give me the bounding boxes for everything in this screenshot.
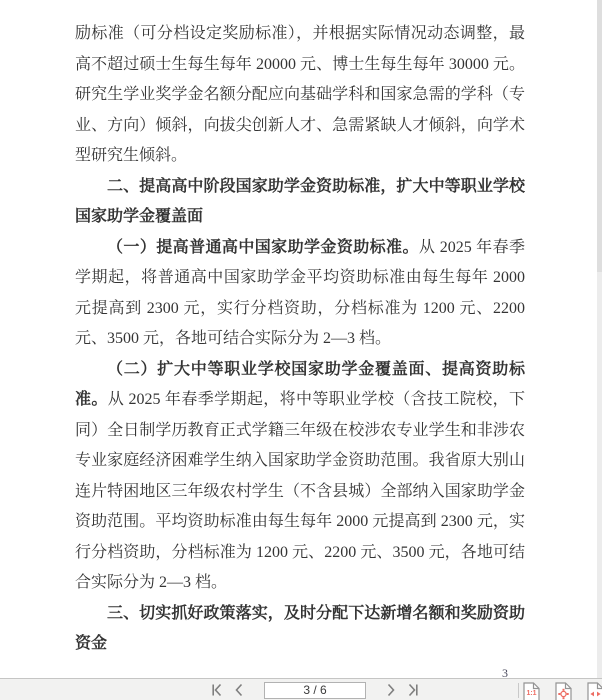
next-page-button[interactable] bbox=[380, 680, 402, 700]
paragraph: 励标准（可分档设定奖励标准），并根据实际情况动态调整，最高不超过硕士生每生每年 … bbox=[75, 19, 525, 172]
document-page: 励标准（可分档设定奖励标准），并根据实际情况动态调整，最高不超过硕士生每生每年 … bbox=[0, 0, 597, 678]
text-run: 励标准（可分档设定奖励标准），并根据实际情况动态调整，最高不超过硕士生每生每年 … bbox=[75, 25, 525, 164]
toolbar-separator bbox=[518, 683, 519, 698]
page-indicator-input[interactable] bbox=[264, 682, 366, 699]
text-run: 从 2025 年春季学期起，将中等职业学校（含技工院校，下同）全日制学历教育正式… bbox=[75, 391, 525, 591]
text-run: 二、提高高中阶段国家助学金资助标准，扩大中等职业学校国家助学金覆盖面 bbox=[75, 178, 525, 226]
text-run: 三、切实抓好政策落实，及时分配下达新增名额和奖励资助资金 bbox=[75, 605, 525, 653]
chevron-bar-right-icon bbox=[406, 683, 420, 697]
previous-page-button[interactable] bbox=[228, 680, 250, 700]
actual-size-button[interactable]: 1:1 bbox=[523, 682, 540, 700]
chevron-right-icon bbox=[384, 683, 398, 697]
fit-page-icon bbox=[555, 682, 572, 700]
fit-width-button[interactable] bbox=[587, 682, 602, 700]
scrollbar-thumb[interactable] bbox=[597, 0, 602, 272]
document-text: 励标准（可分档设定奖励标准），并根据实际情况动态调整，最高不超过硕士生每生每年 … bbox=[75, 19, 525, 660]
bottom-toolbar: 1:1 bbox=[0, 678, 602, 700]
page-navigation bbox=[206, 679, 424, 700]
fit-width-icon bbox=[587, 682, 602, 700]
paragraph: 三、切实抓好政策落实，及时分配下达新增名额和奖励资助资金 bbox=[75, 599, 525, 660]
scrollbar-track[interactable] bbox=[597, 0, 602, 678]
text-run: （一）提高普通高中国家助学金资助标准。 bbox=[107, 239, 419, 256]
page-number: 3 bbox=[502, 666, 508, 678]
paragraph: （二）扩大中等职业学校国家助学金覆盖面、提高资助标准。从 2025 年春季学期起… bbox=[75, 355, 525, 599]
actual-size-label: 1:1 bbox=[523, 690, 540, 697]
first-page-button[interactable] bbox=[206, 680, 228, 700]
chevron-bar-left-icon bbox=[210, 683, 224, 697]
document-viewer: 励标准（可分档设定奖励标准），并根据实际情况动态调整，最高不超过硕士生每生每年 … bbox=[0, 0, 602, 700]
fit-page-button[interactable] bbox=[555, 682, 572, 700]
paragraph: 二、提高高中阶段国家助学金资助标准，扩大中等职业学校国家助学金覆盖面 bbox=[75, 172, 525, 233]
last-page-button[interactable] bbox=[402, 680, 424, 700]
chevron-left-icon bbox=[232, 683, 246, 697]
paragraph: （一）提高普通高中国家助学金资助标准。从 2025 年春季学期起，将普通高中国家… bbox=[75, 233, 525, 355]
